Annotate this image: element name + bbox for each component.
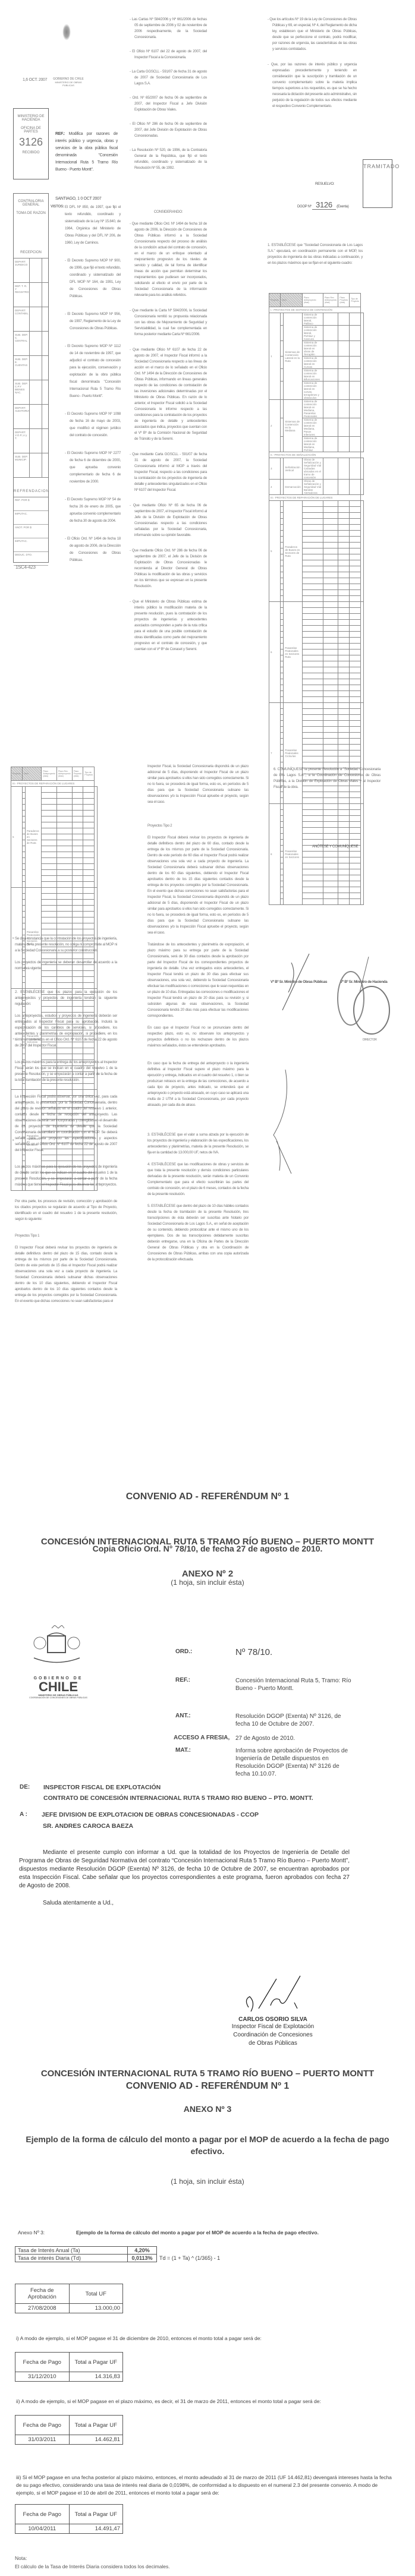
project-days (323, 798, 338, 804)
tipo1-continued: Inspector Fiscal, la Sociedad Concesiona… (147, 764, 249, 805)
project-days (323, 792, 338, 798)
project-type (361, 458, 364, 480)
project-days (72, 917, 83, 923)
project-index (280, 691, 283, 697)
signature-mop-icon (273, 951, 315, 1016)
project-obra (302, 566, 323, 572)
resuelvo-title: RESUELVO: (315, 181, 334, 187)
note-label: Nota: (15, 2555, 27, 2561)
project-index (280, 846, 283, 852)
project-group-name: Demarcación (284, 480, 303, 495)
project-obra (42, 870, 57, 876)
project-days (338, 584, 350, 590)
note-text: El cálculo de la Tasa de Interés Diaria … (15, 2564, 170, 2569)
project-obra (302, 828, 323, 834)
project-days (83, 917, 95, 923)
project-days (323, 828, 338, 834)
aprobados-text: En caso que el Inspector Fiscal no se pr… (147, 1025, 249, 1049)
pay-header-row: Fecha de PagoTotal a Pagar UF (15, 2353, 123, 2372)
anexo2-title: ANEXO Nº 2 (0, 1569, 415, 1579)
project-days (338, 341, 350, 357)
oficio-closing: Saluda atentamente a Ud., (43, 1899, 114, 1907)
vistos-item: - La Carta GGSCLL - 591/07 de fecha 31 d… (130, 69, 207, 87)
project-index (22, 834, 25, 840)
contraloria-row-blank (30, 307, 42, 331)
project-days (338, 548, 350, 554)
project-header-cell: Tipo de Proyecto (83, 767, 95, 781)
project-row (11, 822, 98, 828)
project-index (280, 661, 283, 667)
project-obra (302, 721, 323, 727)
vistos-continued: - Las Cartas Nº 584/2006 y Nº 661/2006 d… (130, 17, 207, 179)
project-days (83, 840, 95, 846)
project-row (269, 798, 364, 804)
project-days (56, 906, 72, 912)
project-days (338, 649, 350, 655)
pay-amount: 14.316,83 (69, 2372, 123, 2382)
place-label: ACCESO A FRESIA, (174, 1735, 229, 1741)
pay-date: 31/03/2011 (15, 2435, 70, 2445)
project-days (338, 721, 350, 727)
resuelvo-2: 2. ESTABLÉCESE que los plazos para la ej… (15, 989, 117, 1007)
project-index (280, 721, 283, 727)
body-col1: Los anteproyectos, estudios y proyectos … (15, 1013, 117, 1222)
dgop-suffix: (Exenta) (337, 205, 348, 209)
project-index (280, 572, 283, 578)
project-days (323, 857, 338, 863)
oficio-field-label: ORD.: (175, 1648, 192, 1655)
project-days (323, 644, 338, 649)
project-obra (302, 792, 323, 798)
project-days (338, 834, 350, 840)
project-obra (302, 863, 323, 869)
note-2: Los proyectos de ingeniería se deberán d… (15, 960, 117, 972)
project-days (83, 894, 95, 900)
project-index (280, 840, 283, 846)
a-label: A : (20, 1811, 27, 1818)
project-days (350, 638, 361, 644)
project-obra (302, 578, 323, 584)
project-days (323, 614, 338, 620)
santiago-value: 1 0 OCT 2007 (77, 197, 101, 201)
project-days (350, 501, 361, 507)
project-days (338, 673, 350, 679)
project-days (350, 313, 361, 326)
stamp-line-1: MINISTERIO DE HACIENDA (14, 115, 48, 122)
project-obra: Sistema de contención lateral, Paillaco (302, 313, 323, 326)
project-days (338, 632, 350, 638)
project-days (338, 875, 350, 881)
project-days (338, 828, 350, 834)
project-obra: Sistema de contención lateral en Mediana… (302, 437, 323, 452)
project-obra: Sistema de contención lateral en Bifurca… (302, 369, 323, 381)
project-days (338, 863, 350, 869)
vistos-item: - El Oficio Nº 286 de fecha 06 de septie… (130, 121, 207, 139)
project-days (338, 596, 350, 602)
project-index (280, 887, 283, 893)
project-index (280, 608, 283, 614)
project-days (323, 751, 338, 756)
project-obra (302, 798, 323, 804)
lower-col2: Inspector Fiscal, la Sociedad Concesiona… (147, 764, 249, 1269)
project-row (269, 727, 364, 733)
signer-title-2: Coordinación de Concesiones (228, 2031, 317, 2039)
project-row (269, 709, 364, 715)
project-row (269, 667, 364, 673)
project-days (323, 507, 338, 513)
project-days (350, 881, 361, 887)
contraloria-row-blank (42, 453, 48, 477)
project-obra (302, 751, 323, 756)
project-row (11, 906, 98, 912)
project-obra (302, 739, 323, 745)
project-obra (302, 679, 323, 685)
project-index (280, 537, 283, 543)
project-row: 6Pasarelas Peatonales en Sectores Ruta (11, 888, 98, 894)
project-days (323, 810, 338, 816)
hacienda-stamp: MINISTERIO DE HACIENDA OFICINA DE PARTES… (13, 108, 49, 179)
project-days (338, 369, 350, 381)
pay-header-cell: Fecha de Pago (15, 2416, 70, 2435)
project-obra (302, 661, 323, 667)
project-days (56, 793, 72, 799)
project-days (83, 876, 95, 882)
project-obra (302, 881, 323, 887)
project-days (338, 899, 350, 905)
project-days (338, 869, 350, 875)
contraloria-row-blank (30, 405, 42, 428)
project-obra (42, 846, 57, 852)
project-group-number: 1 (269, 313, 281, 400)
project-days (338, 857, 350, 863)
project-days (72, 787, 83, 793)
project-row: 6Pasarelas Peatonales en Sectores Ruta (269, 602, 364, 608)
project-group-number: 2 (269, 400, 281, 452)
project-index (280, 620, 283, 626)
project-days (323, 715, 338, 721)
project-index (280, 531, 283, 537)
contraloria-row-label: SUB. DEP. MUNICIP. (14, 453, 30, 477)
project-row (269, 620, 364, 626)
project-days (72, 900, 83, 906)
considerando-block: CONSIDERANDO: - Que mediante Oficio Ord.… (130, 209, 207, 662)
project-days (323, 691, 338, 697)
project-index (280, 715, 283, 721)
project-row (269, 721, 364, 727)
project-row (269, 679, 364, 685)
project-index (280, 584, 283, 590)
project-days (56, 876, 72, 882)
project-days (83, 787, 95, 793)
project-index (22, 912, 25, 917)
tipo1-title: Proyectos Tipo 1 (15, 1233, 117, 1239)
project-index (280, 875, 283, 881)
payment-table-i: Fecha de PagoTotal a Pagar UF31/12/20101… (15, 2352, 123, 2382)
project-days (56, 852, 72, 858)
project-row (269, 525, 364, 531)
project-days (323, 721, 338, 727)
project-days (56, 923, 72, 929)
pay-header-cell: Total a Pagar UF (69, 2505, 123, 2524)
vistos-item: - El Decreto Supremo MOP Nº 956, de 1997… (65, 311, 121, 332)
contraloria-title: CONTRALORIA GENERAL (14, 200, 48, 207)
project-header-row: ProyectoObraPlazo Anteproyecto (días)Pla… (11, 767, 98, 781)
project-days (323, 756, 338, 762)
pay-header-cell: Fecha de Aprobación (15, 2284, 70, 2304)
pay-amount: 13.000,00 (69, 2304, 123, 2313)
project-days (83, 882, 95, 888)
project-header-cell: Plazo Proyecto (días) (338, 294, 350, 307)
project-days (350, 733, 361, 739)
project-days (350, 548, 361, 554)
project-index (22, 805, 25, 811)
oficio-field-label: MAT.: (175, 1747, 191, 1754)
project-days (72, 858, 83, 864)
project-row (269, 513, 364, 519)
project-section-row: I.- PROYECTOS DE SISTEMAS DE CONTENCIÓN (269, 307, 364, 313)
project-days (338, 543, 350, 548)
project-days (338, 751, 350, 756)
project-row (11, 828, 98, 834)
place-date: 27 de Agosto de 2010. (235, 1735, 295, 1742)
project-days (350, 578, 361, 584)
project-days (323, 596, 338, 602)
project-days (350, 804, 361, 810)
project-row (269, 899, 364, 905)
project-days (350, 584, 361, 590)
project-row: 7Pasarelas Peatonales Ciclovías (269, 703, 364, 709)
project-obra (302, 519, 323, 525)
project-group-name: Señalización Vertical (284, 458, 303, 480)
ref-block: REF.: Modifica por razones de interés pú… (55, 131, 118, 174)
project-obra: Sistema de contención lateral, Pichiluz … (302, 326, 323, 341)
contraloria-row: DEPART. CONTABIL. (14, 307, 48, 332)
project-days (83, 858, 95, 864)
tramitado-stamp: TRAMITADO (363, 159, 392, 208)
project-days (350, 721, 361, 727)
project-days (350, 798, 361, 804)
project-type (361, 313, 364, 400)
project-days (83, 846, 95, 852)
rate-row: Tasa de Interés Anual (Ta)4,20% (15, 2247, 223, 2255)
project-obra (302, 572, 323, 578)
project-days (323, 458, 338, 480)
project-index (280, 798, 283, 804)
vistos-item: - El Oficio Ord. Nº 1494 de fecha 18 de … (65, 535, 121, 564)
project-row: 5Paraderos de Buses en Sectores de Ruta (269, 501, 364, 507)
rate-label: Tasa de Interés Anual (Ta) (15, 2247, 128, 2255)
project-index (280, 727, 283, 733)
project-obra (302, 632, 323, 638)
project-days (350, 875, 361, 881)
project-days (56, 840, 72, 846)
project-obra (302, 560, 323, 566)
project-row (269, 691, 364, 697)
project-type (361, 400, 364, 452)
project-row (269, 626, 364, 632)
resuelvo-4: 4. ESTABLÉCESE que las modificaciones de… (147, 1162, 249, 1197)
project-index (280, 697, 283, 703)
project-index (280, 638, 283, 644)
stamp-number: 3126 (14, 136, 48, 149)
project-obra (42, 888, 57, 894)
project-days (323, 513, 338, 519)
project-days (338, 792, 350, 798)
vistos-item: - El Oficio Nº 6107 del 22 de agosto de … (130, 49, 207, 61)
project-days (72, 882, 83, 888)
project-row (11, 840, 98, 846)
project-index (280, 655, 283, 661)
project-days (338, 626, 350, 632)
project-group-name: Paraderos de Buses en Sectores de Ruta (25, 787, 42, 888)
project-days (350, 810, 361, 816)
contraloria-row-blank (42, 405, 48, 428)
project-row (269, 756, 364, 762)
anexo3-sheets: (1 hoja, sin incluir ésta) (0, 2177, 415, 2186)
considerando-item: - Que mediante Oficio Nº 65 de fecha 06 … (130, 503, 207, 538)
project-index (280, 709, 283, 715)
project-row (269, 822, 364, 828)
project-days (350, 596, 361, 602)
vistos-list: El DFL Nº 850, de 1997, que fijó el text… (65, 204, 121, 564)
project-days (72, 793, 83, 799)
project-days (56, 846, 72, 852)
project-obra (42, 816, 57, 822)
project-row (269, 751, 364, 756)
project-days (350, 685, 361, 691)
recepcion-label: RECEPCION (14, 251, 48, 258)
de-label: DE: (20, 1784, 30, 1790)
project-obra (302, 614, 323, 620)
project-obra (302, 887, 323, 893)
note-1: Se deja constancia que la contratación d… (15, 936, 117, 954)
project-days (338, 566, 350, 572)
project-days (350, 341, 361, 357)
project-days (350, 727, 361, 733)
project-days (72, 864, 83, 870)
project-obra: Sistema de contención lateral en Mediana… (302, 418, 323, 437)
project-row: 4DemarcaciónObras de Señalización y Segu… (269, 480, 364, 495)
project-days (323, 733, 338, 739)
project-index (22, 917, 25, 923)
project-obra (42, 923, 57, 929)
project-days (56, 888, 72, 894)
project-days (72, 822, 83, 828)
project-days (350, 566, 361, 572)
project-days (323, 480, 338, 495)
project-row (269, 685, 364, 691)
project-header-cell: Plazo Rev. Anteproyecto (días) (323, 294, 338, 307)
project-days (338, 745, 350, 751)
project-section-title: III.- PROYECTOS DE REPARACIÓN DE LUGARES (269, 495, 361, 501)
project-index (280, 381, 283, 400)
contraloria-rows: DEPART. JURIDICODEP. T. R. Y REGISTRODEP… (14, 258, 48, 478)
project-row (11, 793, 98, 799)
tipo2-title: Proyectos Tipo 2 (147, 823, 249, 829)
pay-amount: 14.462,81 (69, 2435, 123, 2445)
resuelvo-6: 6. COMUNÍQUESE la presente Resolución a … (273, 767, 381, 790)
project-days (350, 608, 361, 614)
project-obra (42, 900, 57, 906)
project-obra (302, 869, 323, 875)
project-row (269, 548, 364, 554)
project-days (323, 537, 338, 543)
emblem-line-2: MINISTERIO DE OBRAS PUBLICAS (51, 81, 86, 87)
project-obra (302, 626, 323, 632)
project-days (350, 614, 361, 620)
project-days (83, 870, 95, 876)
project-type (95, 787, 98, 888)
considerando-item: - Que mediante la Carta Nº 584/2006, la … (130, 308, 207, 338)
project-days (338, 756, 350, 762)
body-paragraph: Los plazos máximos para la entrega de lo… (15, 1060, 117, 1083)
project-days (338, 661, 350, 667)
project-row: 8Pasarelas Peatonales en Sectores (269, 804, 364, 810)
project-days (338, 572, 350, 578)
project-row: 2Sistemas de Contención en la MedianaSis… (269, 400, 364, 418)
project-row (269, 566, 364, 572)
project-days (338, 816, 350, 822)
project-days (338, 697, 350, 703)
contraloria-row-blank (42, 380, 48, 404)
project-days (323, 638, 338, 644)
project-days (350, 751, 361, 756)
project-index (22, 906, 25, 912)
project-index (280, 745, 283, 751)
project-days (56, 811, 72, 816)
project-days (72, 906, 83, 912)
project-obra (302, 644, 323, 649)
project-row (11, 799, 98, 805)
project-row (269, 519, 364, 525)
project-days (72, 912, 83, 917)
project-index (22, 828, 25, 834)
project-row: Sistema de contención lateral en Mediana… (269, 437, 364, 452)
project-index (22, 876, 25, 882)
contraloria-row-label: SUB. DEP. C.P.Y BIENES NAC. (14, 380, 30, 404)
considerando-item: - Que mediante Oficio Ord. Nº 1494 de fe… (130, 221, 207, 298)
anotese-label: ANÓTESE Y COMUNÍQUESE (312, 844, 358, 850)
project-days (56, 912, 72, 917)
project-days (56, 900, 72, 906)
project-days (323, 816, 338, 822)
project-index (280, 560, 283, 566)
sheet-label: Anexo Nº 3: (18, 2230, 45, 2236)
project-days (338, 798, 350, 804)
project-days (72, 840, 83, 846)
project-obra (302, 602, 323, 608)
project-obra (302, 543, 323, 548)
vistos-item: - Ord. Nº 65/2007 de fecha 06 de septiem… (130, 95, 207, 113)
pay-row: 31/12/201014.316,83 (15, 2372, 123, 2382)
contraloria-row-blank (42, 283, 48, 307)
project-days (56, 858, 72, 864)
project-days (83, 793, 95, 799)
oficio-field-value: Informa sobre aprobación de Proyectos de… (235, 1747, 351, 1778)
project-type (361, 602, 364, 703)
contraloria-box: CONTRALORIA GENERAL TOMA DE RAZON RECEPC… (13, 193, 49, 563)
project-days (323, 418, 338, 437)
project-row: Sistema de contención lateral en obras d… (269, 341, 364, 357)
project-group-number: 4 (269, 480, 281, 495)
contraloria-row: SUB. DEP. C. CENTRAL (14, 332, 48, 356)
project-index (22, 846, 25, 852)
project-obra (302, 531, 323, 537)
project-days (350, 756, 361, 762)
project-obra (302, 525, 323, 531)
project-days (83, 888, 95, 894)
stamp-line-3: RECIBIDO (14, 151, 48, 155)
